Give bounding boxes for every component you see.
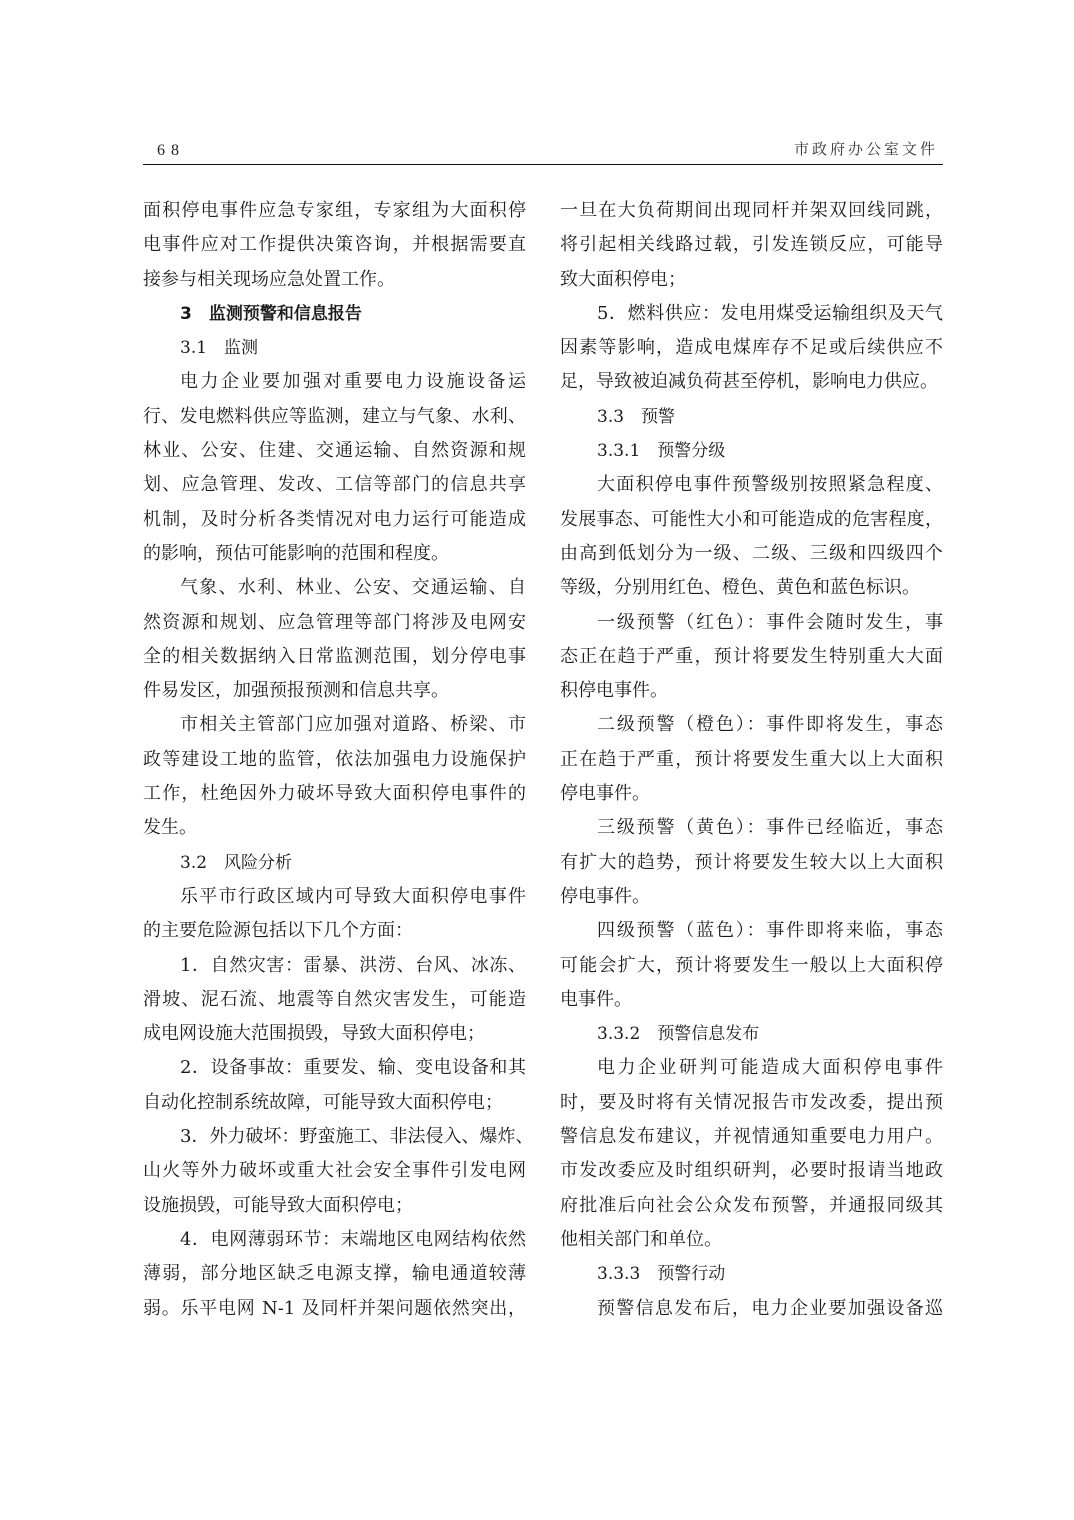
paragraph-last-line: 的影响，预估可能影响的范围和程度。 bbox=[143, 537, 526, 571]
text-line: 由高到低划分为一级、二级、三级和四级四个 bbox=[560, 537, 943, 571]
text-line: 府批准后向社会公众发布预警，并通报同级其 bbox=[560, 1189, 943, 1223]
text-line: 然资源和规划、应急管理等部门将涉及电网安 bbox=[143, 606, 526, 640]
paragraph-last-line: 停电事件。 bbox=[560, 777, 943, 811]
paragraph-first-line: 电力企业要加强对重要电力设施设备运 bbox=[143, 365, 526, 399]
subsection-heading: 3.3.2 预警信息发布 bbox=[560, 1017, 943, 1051]
paragraph-last-line: 设施损毁，可能导致大面积停电； bbox=[143, 1189, 526, 1223]
paragraph-last-line: 等级，分别用红色、橙色、黄色和蓝色标识。 bbox=[560, 571, 943, 605]
paragraph-last-line: 停电事件。 bbox=[560, 880, 943, 914]
paragraph-last-line: 电事件。 bbox=[560, 983, 943, 1017]
paragraph-first-line: 预警信息发布后，电力企业要加强设备巡 bbox=[560, 1292, 943, 1326]
paragraph-first-line: 大面积停电事件预警级别按照紧急程度、 bbox=[560, 468, 943, 502]
left-column: 面积停电事件应急专家组，专家组为大面积停电事件应对工作提供决策咨询，并根据需要直… bbox=[143, 194, 526, 1326]
subsection-heading: 3.1 监测 bbox=[143, 331, 526, 365]
text-line: 行、发电燃料供应等监测，建立与气象、水利、 bbox=[143, 400, 526, 434]
text-line: 薄弱，部分地区缺乏电源支撑，输电通道较薄 bbox=[143, 1257, 526, 1291]
text-line: 正在趋于严重，预计将要发生重大以上大面积 bbox=[560, 743, 943, 777]
paragraph-last-line: 足，导致被迫减负荷甚至停机，影响电力供应。 bbox=[560, 365, 943, 399]
text-line: 划、应急管理、发改、工信等部门的信息共享 bbox=[143, 468, 526, 502]
text-line: 发展事态、可能性大小和可能造成的危害程度， bbox=[560, 503, 943, 537]
paragraph-first-line: 二级预警（橙色）：事件即将发生，事态 bbox=[560, 708, 943, 742]
subsection-heading: 3.3.3 预警行动 bbox=[560, 1257, 943, 1291]
subsection-heading: 3.3 预警 bbox=[560, 400, 943, 434]
subsection-heading: 3.2 风险分析 bbox=[143, 846, 526, 880]
paragraph-first-line: 2．设备事故：重要发、输、变电设备和其 bbox=[143, 1051, 526, 1085]
running-header: 68 市政府办公室文件 bbox=[143, 138, 942, 164]
paragraph-last-line: 他相关部门和单位。 bbox=[560, 1223, 943, 1257]
paragraph-first-line: 市相关主管部门应加强对道路、桥梁、市 bbox=[143, 708, 526, 742]
text-line: 态正在趋于严重，预计将要发生特别重大大面 bbox=[560, 640, 943, 674]
text-line: 市发改委应及时组织研判，必要时报请当地政 bbox=[560, 1154, 943, 1188]
text-line: 一旦在大负荷期间出现同杆并架双回线同跳， bbox=[560, 194, 943, 228]
text-line: 有扩大的趋势，预计将要发生较大以上大面积 bbox=[560, 846, 943, 880]
paragraph-first-line: 电力企业研判可能造成大面积停电事件 bbox=[560, 1051, 943, 1085]
text-line: 将引起相关线路过载，引发连锁反应，可能导 bbox=[560, 228, 943, 262]
text-line: 因素等影响，造成电煤库存不足或后续供应不 bbox=[560, 331, 943, 365]
text-line: 机制，及时分析各类情况对电力运行可能造成 bbox=[143, 503, 526, 537]
text-line: 滑坡、泥石流、地震等自然灾害发生，可能造 bbox=[143, 983, 526, 1017]
paragraph-first-line: 一级预警（红色）：事件会随时发生，事 bbox=[560, 606, 943, 640]
paragraph-last-line: 成电网设施大范围损毁，导致大面积停电； bbox=[143, 1017, 526, 1051]
document-name: 市政府办公室文件 bbox=[794, 138, 938, 159]
text-line: 林业、公安、住建、交通运输、自然资源和规 bbox=[143, 434, 526, 468]
text-line: 可能会扩大，预计将要发生一般以上大面积停 bbox=[560, 949, 943, 983]
page-number: 68 bbox=[157, 142, 185, 160]
paragraph-first-line: 乐平市行政区域内可导致大面积停电事件 bbox=[143, 880, 526, 914]
section-heading: 3 监测预警和信息报告 bbox=[143, 297, 526, 331]
paragraph-last-line: 积停电事件。 bbox=[560, 674, 943, 708]
paragraph-first-line: 四级预警（蓝色）：事件即将来临，事态 bbox=[560, 914, 943, 948]
paragraph-first-line: 三级预警（黄色）：事件已经临近，事态 bbox=[560, 811, 943, 845]
subsection-heading: 3.3.1 预警分级 bbox=[560, 434, 943, 468]
paragraph-first-line: 3．外力破坏：野蛮施工、非法侵入、爆炸、 bbox=[143, 1120, 526, 1154]
paragraph-last-line: 的主要危险源包括以下几个方面： bbox=[143, 914, 526, 948]
text-line: 全的相关数据纳入日常监测范围，划分停电事 bbox=[143, 640, 526, 674]
text-line: 弱。乐平电网 N-1 及同杆并架问题依然突出， bbox=[143, 1292, 526, 1326]
paragraph-first-line: 5．燃料供应：发电用煤受运输组织及天气 bbox=[560, 297, 943, 331]
paragraph-last-line: 件易发区，加强预报预测和信息共享。 bbox=[143, 674, 526, 708]
paragraph-first-line: 气象、水利、林业、公安、交通运输、自 bbox=[143, 571, 526, 605]
paragraph-last-line: 致大面积停电； bbox=[560, 263, 943, 297]
paragraph-last-line: 自动化控制系统故障，可能导致大面积停电； bbox=[143, 1086, 526, 1120]
paragraph-last-line: 发生。 bbox=[143, 811, 526, 845]
text-line: 电事件应对工作提供决策咨询，并根据需要直 bbox=[143, 228, 526, 262]
text-line: 工作，杜绝因外力破坏导致大面积停电事件的 bbox=[143, 777, 526, 811]
text-line: 时，要及时将有关情况报告市发改委，提出预 bbox=[560, 1086, 943, 1120]
paragraph-last-line: 接参与相关现场应急处置工作。 bbox=[143, 263, 526, 297]
right-column: 一旦在大负荷期间出现同杆并架双回线同跳，将引起相关线路过载，引发连锁反应，可能导… bbox=[560, 194, 943, 1326]
text-line: 山火等外力破坏或重大社会安全事件引发电网 bbox=[143, 1154, 526, 1188]
text-line: 面积停电事件应急专家组，专家组为大面积停 bbox=[143, 194, 526, 228]
text-line: 政等建设工地的监管，依法加强电力设施保护 bbox=[143, 743, 526, 777]
text-line: 警信息发布建议，并视情通知重要电力用户。 bbox=[560, 1120, 943, 1154]
paragraph-first-line: 4．电网薄弱环节：末端地区电网结构依然 bbox=[143, 1223, 526, 1257]
header-rule bbox=[143, 164, 943, 165]
paragraph-first-line: 1．自然灾害：雷暴、洪涝、台风、冰冻、 bbox=[143, 949, 526, 983]
